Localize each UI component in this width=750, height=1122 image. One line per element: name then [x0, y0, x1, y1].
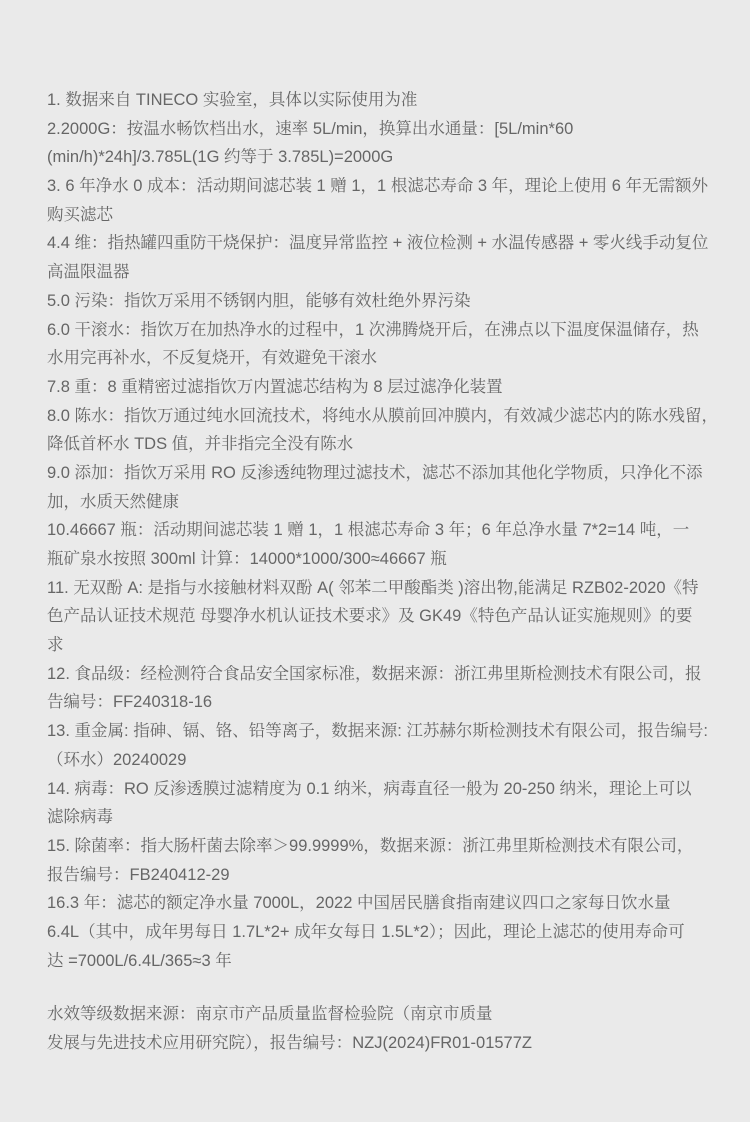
disclaimer-line: 色产品认证技术规范 母婴净水机认证技术要求》及 GK49《特色产品认证实施规则》… — [47, 602, 710, 631]
disclaimer-line: 求 — [47, 631, 710, 660]
disclaimer-line: 10.46667 瓶：活动期间滤芯装 1 赠 1，1 根滤芯寿命 3 年；6 年… — [47, 516, 710, 545]
disclaimer-line: 达 =7000L/6.4L/365≈3 年 — [47, 947, 710, 976]
water-efficiency-source: 水效等级数据来源：南京市产品质量监督检验院（南京市质量 发展与先进技术应用研究院… — [47, 1000, 710, 1057]
disclaimer-line: 16.3 年：滤芯的额定净水量 7000L，2022 中国居民膳食指南建议四口之… — [47, 889, 710, 918]
disclaimer-notes: 1. 数据来自 TINECO 实验室，具体以实际使用为准 2.2000G：按温水… — [47, 86, 710, 975]
disclaimer-line: 5.0 污染：指饮万采用不锈钢内胆，能够有效杜绝外界污染 — [47, 287, 710, 316]
disclaimer-line: 瓶矿泉水按照 300ml 计算：14000*1000/300≈46667 瓶 — [47, 545, 710, 574]
disclaimer-line: 3. 6 年净水 0 成本：活动期间滤芯装 1 赠 1，1 根滤芯寿命 3 年，… — [47, 172, 710, 201]
disclaimer-line: 12. 食品级：经检测符合食品安全国家标准，数据来源：浙江弗里斯检测技术有限公司… — [47, 660, 710, 689]
disclaimer-line: 加，水质天然健康 — [47, 488, 710, 517]
disclaimer-line: 水用完再补水，不反复烧开，有效避免干滚水 — [47, 344, 710, 373]
disclaimer-line: 14. 病毒：RO 反渗透膜过滤精度为 0.1 纳米，病毒直径一般为 20-25… — [47, 775, 710, 804]
disclaimer-line: （环水）20240029 — [47, 746, 710, 775]
water-efficiency-line: 水效等级数据来源：南京市产品质量监督检验院（南京市质量 — [47, 1000, 710, 1029]
disclaimer-line: 购买滤芯 — [47, 201, 710, 230]
disclaimer-line: 高温限温器 — [47, 258, 710, 287]
disclaimer-line: 6.0 干滚水：指饮万在加热净水的过程中，1 次沸腾烧开后，在沸点以下温度保温储… — [47, 316, 710, 345]
disclaimer-line: 6.4L（其中，成年男每日 1.7L*2+ 成年女每日 1.5L*2）；因此，理… — [47, 918, 710, 947]
water-efficiency-line: 发展与先进技术应用研究院），报告编号：NZJ(2024)FR01-01577Z — [47, 1029, 710, 1058]
disclaimer-line: 11. 无双酚 A: 是指与水接触材料双酚 A( 邻苯二甲酸酯类 )溶出物,能满… — [47, 574, 710, 603]
disclaimer-line: (min/h)*24h]/3.785L(1G 约等于 3.785L)=2000G — [47, 143, 710, 172]
disclaimer-content: 1. 数据来自 TINECO 实验室，具体以实际使用为准 2.2000G：按温水… — [0, 0, 750, 1058]
disclaimer-line: 告编号：FF240318-16 — [47, 688, 710, 717]
disclaimer-line: 滤除病毒 — [47, 803, 710, 832]
disclaimer-line: 15. 除菌率：指大肠杆菌去除率＞99.9999%，数据来源：浙江弗里斯检测技术… — [47, 832, 710, 861]
product-disclaimer-page: 1. 数据来自 TINECO 实验室，具体以实际使用为准 2.2000G：按温水… — [0, 0, 750, 1122]
disclaimer-line: 降低首杯水 TDS 值，并非指完全没有陈水 — [47, 430, 710, 459]
disclaimer-line: 7.8 重：8 重精密过滤指饮万内置滤芯结构为 8 层过滤净化装置 — [47, 373, 710, 402]
disclaimer-line: 报告编号：FB240412-29 — [47, 861, 710, 890]
disclaimer-line: 8.0 陈水：指饮万通过纯水回流技术，将纯水从膜前回冲膜内，有效减少滤芯内的陈水… — [47, 402, 710, 431]
disclaimer-line: 13. 重金属: 指砷、镉、铬、铅等离子，数据来源: 江苏赫尔斯检测技术有限公司… — [47, 717, 710, 746]
disclaimer-line: 9.0 添加：指饮万采用 RO 反渗透纯物理过滤技术，滤芯不添加其他化学物质，只… — [47, 459, 710, 488]
disclaimer-line: 4.4 维：指热罐四重防干烧保护：温度异常监控 + 液位检测 + 水温传感器 +… — [47, 229, 710, 258]
disclaimer-line: 2.2000G：按温水畅饮档出水，速率 5L/min，换算出水通量：[5L/mi… — [47, 115, 710, 144]
disclaimer-line: 1. 数据来自 TINECO 实验室，具体以实际使用为准 — [47, 86, 710, 115]
